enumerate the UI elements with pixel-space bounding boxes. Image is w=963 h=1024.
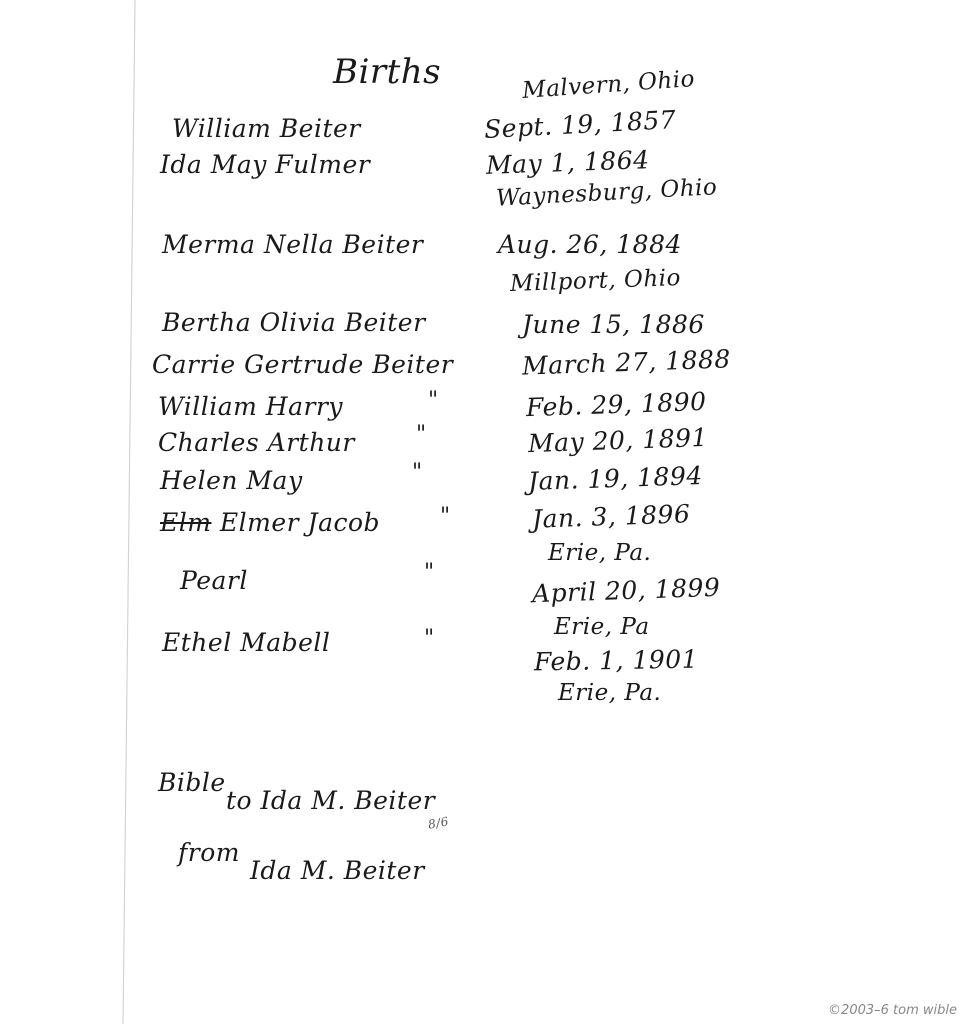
inscription-annotation: 8/6: [427, 814, 450, 831]
birth-place: Erie, Pa: [554, 614, 650, 640]
entry-name: Elm Elmer Jacob: [160, 508, 380, 537]
birth-place: Erie, Pa.: [558, 680, 661, 706]
entry-date: Jan. 3, 1896: [532, 499, 691, 534]
entry-date: May 20, 1891: [528, 423, 709, 458]
ditto-mark: ": [428, 388, 439, 413]
entry-name: Ethel Mabell: [162, 628, 330, 657]
entry-name-text: Elmer Jacob: [220, 508, 380, 537]
entry-date: April 20, 1899: [532, 573, 721, 609]
ditto-mark: ": [412, 460, 423, 485]
birth-place: Erie, Pa.: [548, 540, 651, 566]
birth-place: Malvern, Ohio: [521, 66, 695, 104]
ditto-mark: ": [416, 422, 427, 447]
inscription-recipient: to Ida M. Beiter: [226, 786, 435, 815]
entry-name: Ida May Fulmer: [160, 150, 370, 179]
entry-date: March 27, 1888: [522, 344, 732, 380]
entry-date: Feb. 1, 1901: [534, 645, 699, 677]
entry-date: May 1, 1864: [486, 145, 650, 180]
entry-name: William Beiter: [172, 114, 361, 143]
entry-name: Merma Nella Beiter: [162, 230, 423, 259]
entry-date: Feb. 29, 1890: [526, 387, 707, 422]
inscription-giver: Ida M. Beiter: [250, 856, 425, 885]
ditto-mark: ": [424, 560, 435, 585]
birth-place: Millport, Ohio: [510, 265, 682, 297]
page-title: Births: [333, 52, 441, 92]
ditto-mark: ": [440, 504, 451, 529]
page-binding-edge: [122, 0, 136, 1024]
entry-date: Jan. 19, 1894: [528, 461, 704, 496]
entry-name: Helen May: [160, 466, 303, 495]
struck-out-text: Elm: [160, 508, 211, 537]
birth-place: Waynesburg, Ohio: [495, 174, 717, 212]
ditto-mark: ": [424, 626, 435, 651]
entry-name: Pearl: [180, 566, 248, 595]
entry-name: Charles Arthur: [158, 428, 355, 457]
entry-date: Aug. 26, 1884: [498, 230, 682, 259]
inscription-from: from: [178, 838, 240, 867]
inscription-bible: Bible: [158, 768, 226, 797]
entry-name: Bertha Olivia Beiter: [162, 308, 426, 337]
entry-date: June 15, 1886: [522, 310, 705, 339]
entry-date: Sept. 19, 1857: [483, 105, 676, 144]
copyright-watermark: ©2003–6 tom wible: [828, 1003, 957, 1018]
entry-name: William Harry: [158, 392, 343, 421]
entry-name: Carrie Gertrude Beiter: [152, 350, 453, 379]
